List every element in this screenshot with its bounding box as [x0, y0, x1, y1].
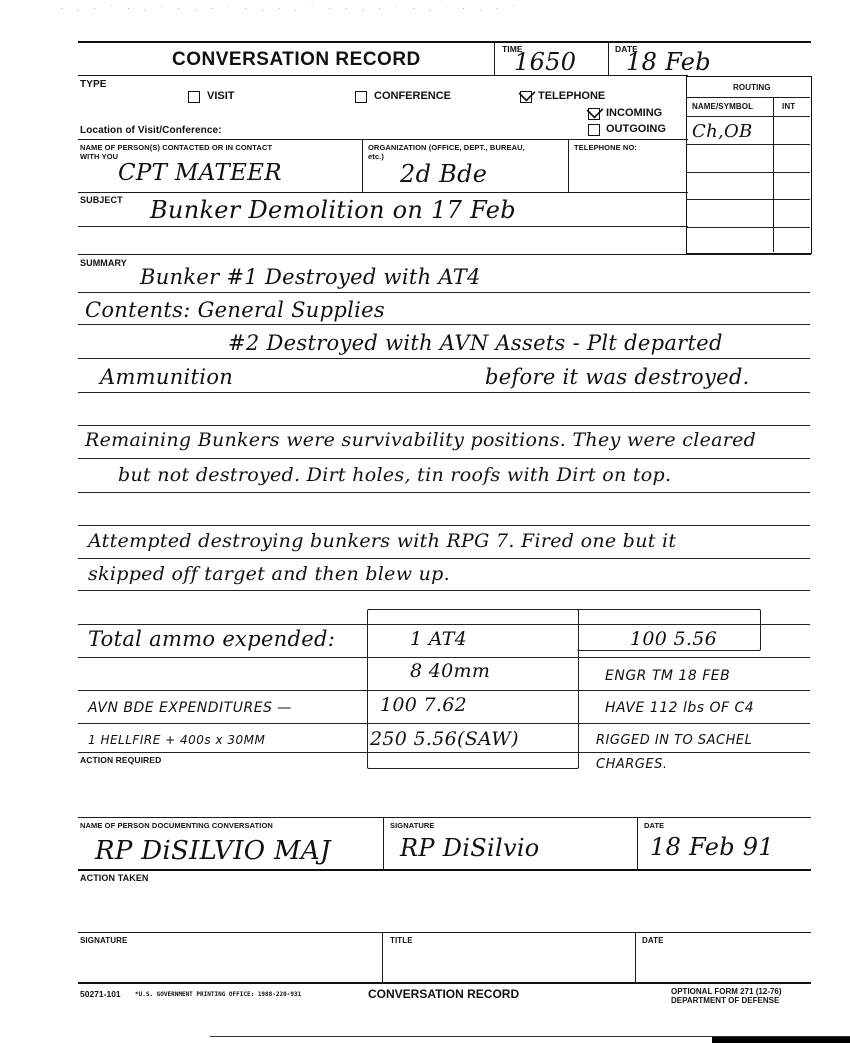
routing-col-name: NAME/SYMBOL — [692, 102, 753, 111]
incoming-label: INCOMING — [606, 107, 662, 119]
outgoing-label: OUTGOING — [606, 123, 666, 135]
ammo-label: Total ammo expended: — [88, 627, 335, 651]
routing-row-name[interactable]: Ch,OB — [692, 121, 753, 142]
routing-col-int: INT — [782, 102, 795, 111]
summary-line: #2 Destroyed with AVN Assets - Plt depar… — [228, 331, 723, 355]
ruled-line — [78, 690, 810, 691]
avn-line: 1 HELLFIRE + 400s x 30MM — [88, 733, 265, 747]
date-value[interactable]: 18 Feb — [626, 48, 711, 76]
action-required-label: ACTION REQUIRED — [80, 755, 161, 765]
divider — [78, 139, 688, 140]
form-title: CONVERSATION RECORD — [172, 49, 421, 71]
outgoing-checkbox[interactable] — [588, 124, 600, 136]
visit-checkbox[interactable] — [188, 91, 200, 103]
stock-number: 50271-101 — [80, 989, 121, 999]
divider — [568, 140, 569, 192]
divider — [78, 254, 811, 255]
bottom-title-label: TITLE — [390, 936, 413, 945]
form-top-border — [78, 41, 811, 43]
ruled-line — [78, 492, 810, 493]
ruled-line — [78, 558, 810, 559]
scan-edge-dark — [712, 1037, 850, 1043]
divider — [635, 932, 636, 982]
routing-header: ROUTING — [733, 83, 771, 92]
location-label: Location of Visit/Conference: — [80, 125, 222, 136]
divider — [78, 982, 811, 984]
ruled-line — [78, 458, 810, 459]
ruled-line — [78, 657, 810, 658]
summary-line: Remaining Bunkers were survivability pos… — [85, 429, 756, 451]
summary-line: skipped off target and then blew up. — [88, 563, 450, 585]
ammo-item: 250 5.56(SAW) — [370, 728, 519, 750]
summary-label: SUMMARY — [80, 258, 127, 268]
printing-office: *U.S. GOVERNMENT PRINTING OFFICE: 1988-2… — [135, 991, 301, 998]
divider — [494, 42, 495, 75]
documenting-date-label: DATE — [644, 821, 664, 830]
divider — [687, 97, 810, 98]
ruled-line — [78, 292, 810, 293]
incoming-checkbox[interactable] — [588, 108, 600, 120]
org-value[interactable]: 2d Bde — [400, 160, 487, 188]
divider — [362, 140, 363, 192]
documenting-date-value[interactable]: 18 Feb 91 — [650, 833, 774, 861]
type-label: TYPE — [80, 79, 107, 90]
divider — [78, 817, 811, 818]
divider — [687, 116, 810, 117]
ammo-item: 8 40mm — [410, 660, 490, 682]
contact-name-label: NAME OF PERSON(S) CONTACTED OR IN CONTAC… — [80, 143, 272, 152]
ruled-line — [78, 324, 810, 325]
time-value[interactable]: 1650 — [514, 48, 576, 76]
ruled-line — [78, 425, 810, 426]
engr-line: HAVE 112 lbs OF C4 — [605, 700, 754, 716]
divider — [78, 75, 688, 76]
avn-line: AVN BDE EXPENDITURES — — [88, 700, 292, 716]
divider — [687, 199, 810, 200]
ruled-line — [78, 723, 810, 724]
ruled-line — [78, 358, 810, 359]
divider — [383, 817, 384, 869]
divider — [637, 817, 638, 869]
divider — [78, 869, 811, 871]
subject-value[interactable]: Bunker Demolition on 17 Feb — [150, 196, 516, 224]
signature-value[interactable]: RP DiSilvio — [400, 834, 540, 862]
visit-label: VISIT — [207, 90, 235, 102]
footer-form-title: CONVERSATION RECORD — [368, 987, 519, 1001]
engr-line: RIGGED IN TO SACHEL — [596, 733, 752, 748]
bottom-signature-label: SIGNATURE — [80, 936, 127, 945]
summary-line: but not destroyed. Dirt holes, tin roofs… — [118, 464, 671, 486]
org-label: ORGANIZATION (Office, dept., bureau, — [368, 143, 525, 152]
action-taken-label: ACTION TAKEN — [80, 873, 149, 883]
divider — [382, 932, 383, 982]
divider — [78, 932, 811, 933]
divider — [78, 192, 688, 193]
summary-line: before it was destroyed. — [485, 365, 750, 389]
engr-line: CHARGES. — [596, 757, 667, 772]
scan-noise: · . · ˙ · . ˙ · . · ˙ · . · . ˙ · · . · … — [60, 4, 521, 13]
form-number: OPTIONAL FORM 271 (12-76) — [671, 987, 782, 996]
divider — [608, 42, 609, 75]
ruled-line — [78, 590, 810, 591]
conference-label: CONFERENCE — [374, 90, 451, 102]
signature-label: SIGNATURE — [390, 821, 435, 830]
documenting-name-label: NAME OF PERSON DOCUMENTING CONVERSATION — [80, 821, 273, 830]
contact-name-label-2: WITH YOU — [80, 152, 118, 161]
summary-line: Ammunition — [100, 365, 233, 389]
divider — [687, 144, 810, 145]
telephone-no-label: TELEPHONE NO: — [574, 143, 637, 152]
divider — [773, 97, 774, 252]
ruled-line — [78, 525, 810, 526]
org-label-2: etc.) — [368, 152, 384, 161]
divider — [78, 226, 688, 227]
contact-name-value[interactable]: CPT MATEER — [118, 160, 282, 186]
engr-line: ENGR TM 18 FEB — [605, 668, 730, 684]
ammo-item: 1 AT4 — [410, 628, 467, 650]
summary-line: Contents: General Supplies — [85, 298, 385, 322]
ammo-right: 100 5.56 — [630, 628, 717, 650]
documenting-name-value[interactable]: RP DiSILVIO MAJ — [95, 836, 331, 866]
divider — [687, 172, 810, 173]
bottom-date-label: DATE — [642, 936, 664, 945]
summary-line: Bunker #1 Destroyed with AT4 — [140, 265, 481, 289]
ruled-line — [78, 392, 810, 393]
subject-label: SUBJECT — [80, 195, 123, 205]
department: DEPARTMENT OF DEFENSE — [671, 996, 779, 1005]
summary-line: Attempted destroying bunkers with RPG 7.… — [88, 530, 676, 552]
ruled-line — [78, 752, 810, 753]
telephone-checkbox[interactable] — [520, 91, 532, 103]
conference-checkbox[interactable] — [355, 91, 367, 103]
divider — [687, 227, 810, 228]
ammo-item: 100 7.62 — [380, 694, 467, 716]
